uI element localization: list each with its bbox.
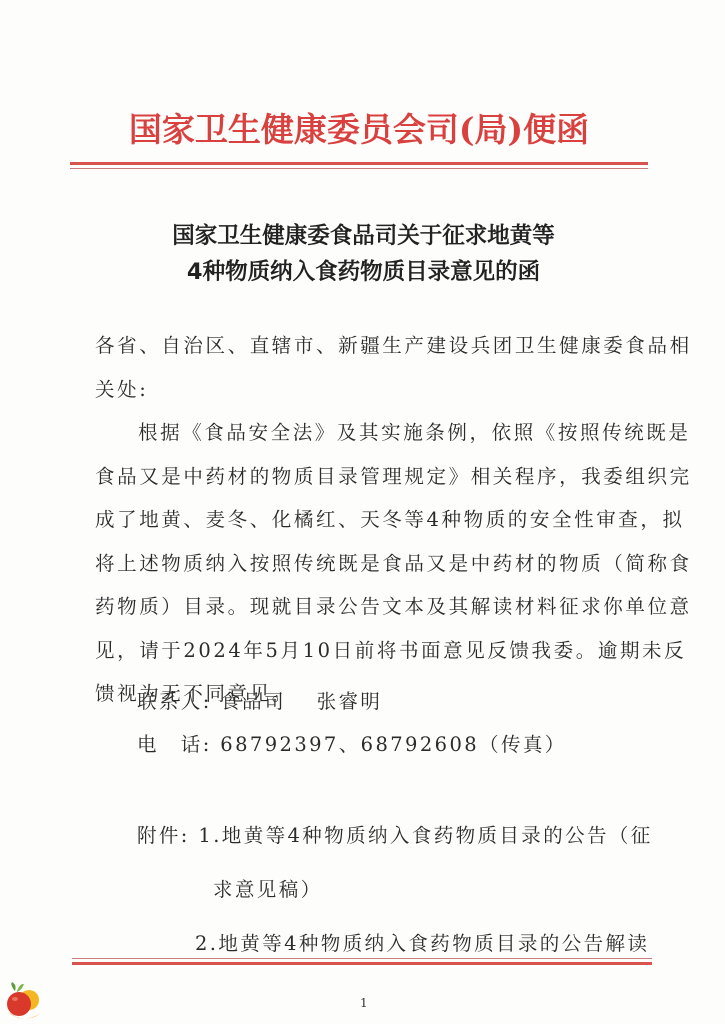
fruit-logo-icon [2, 978, 46, 1022]
contact-info: 联系人: 食品司 张睿明 电 话: 68792397、68792608（传真） [137, 680, 567, 766]
letterhead-title: 国家卫生健康委员会司(局)便函 [70, 106, 648, 154]
attachment-1-line-1: 1.地黄等4种物质纳入食药物质目录的公告（征 [198, 824, 652, 847]
footer-rule-thick [72, 962, 652, 965]
footer-rule-thin [72, 958, 652, 959]
attachments-label: 附件: [137, 824, 190, 847]
contact-department: 食品司 [220, 690, 286, 713]
contact-phone-row: 电 话: 68792397、68792608（传真） [137, 723, 567, 766]
paragraph-line: 食品又是中药材的物质目录管理规定》相关程序，我委组织完 [95, 455, 635, 499]
heading-line-1: 国家卫生健康委食品司关于征求地黄等 [95, 218, 632, 254]
document-heading: 国家卫生健康委食品司关于征求地黄等 4种物质纳入食药物质目录意见的函 [95, 218, 632, 290]
paragraph-line: 成了地黄、麦冬、化橘红、天冬等4种物质的安全性审查，拟 [95, 498, 635, 542]
attachment-item-2: 2.地黄等4种物质纳入食药物质目录的公告解读 [195, 928, 649, 956]
contact-phone-numbers: 68792397、68792608（传真） [220, 733, 566, 756]
letterhead-rule-thin [70, 168, 648, 169]
paragraph-line: 药物质）目录。现就目录公告文本及其解读材料征求你单位意 [95, 585, 635, 629]
paragraph-line: 见，请于2024年5月10日前将书面意见反馈我委。逾期未反 [95, 629, 635, 673]
paragraph-line: 根据《食品安全法》及其实施条例，依照《按照传统既是 [95, 411, 635, 455]
document-body: 各省、自治区、直辖市、新疆生产建设兵团卫生健康委食品相 关处: 根据《食品安全法… [95, 324, 635, 716]
page-number: 1 [360, 996, 368, 1010]
heading-line-2: 4种物质纳入食药物质目录意见的函 [95, 254, 632, 290]
contact-phone-label: 电 话: [137, 733, 212, 756]
attachment-1-line-2: 求意见稿） [213, 874, 323, 902]
document-page: 国家卫生健康委员会司(局)便函 国家卫生健康委食品司关于征求地黄等 4种物质纳入… [0, 0, 725, 1024]
contact-person-row: 联系人: 食品司 张睿明 [137, 680, 567, 723]
contact-person-name: 张睿明 [317, 690, 383, 713]
letterhead-rule-thick [70, 162, 648, 165]
salutation-line-1: 各省、自治区、直辖市、新疆生产建设兵团卫生健康委食品相 [95, 324, 635, 368]
attachment-item-1: 附件: 1.地黄等4种物质纳入食药物质目录的公告（征 [137, 820, 653, 848]
salutation-line-2: 关处: [95, 368, 635, 412]
contact-person-label: 联系人: [137, 690, 212, 713]
paragraph-line: 将上述物质纳入按照传统既是食品又是中药材的物质（简称食 [95, 542, 635, 586]
